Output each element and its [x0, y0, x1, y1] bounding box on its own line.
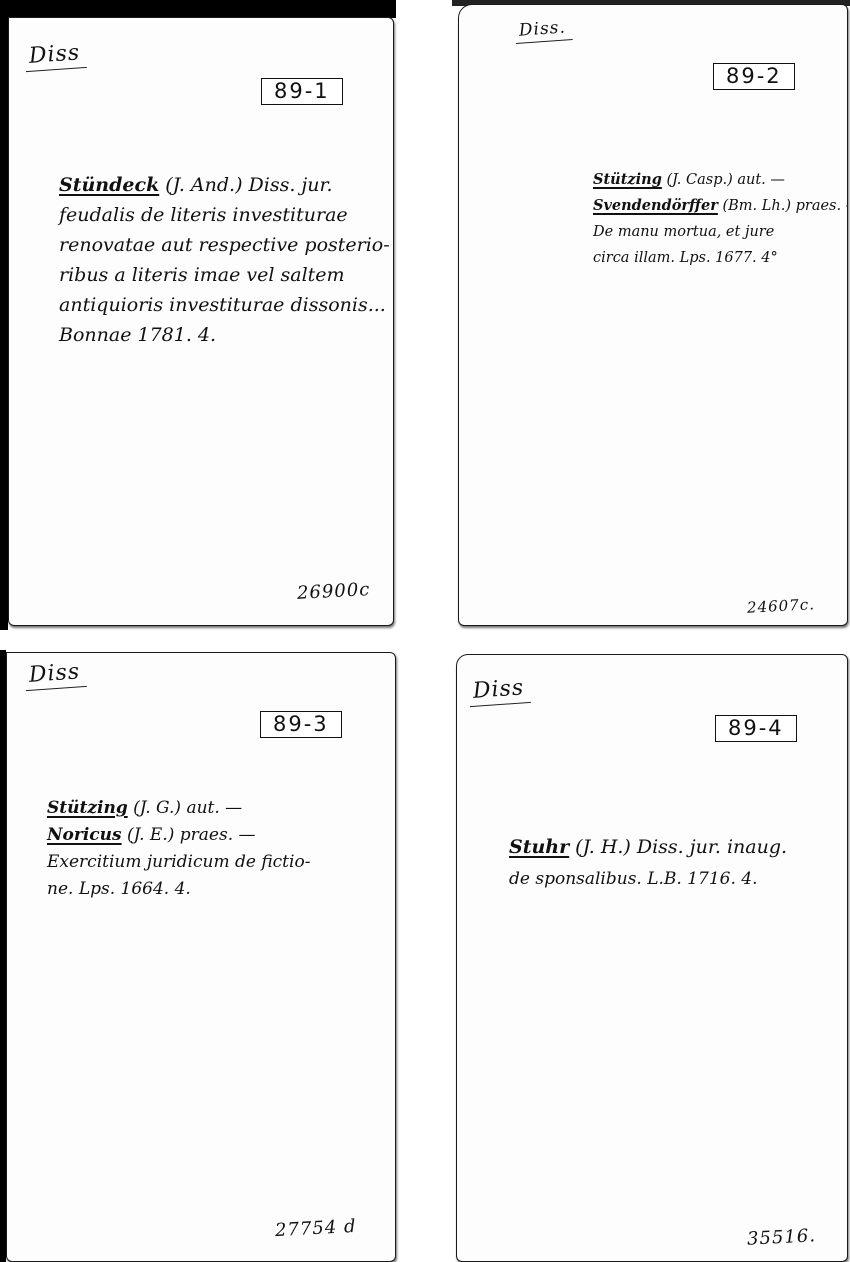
bibliographic-entry: Stützing (J. Casp.) aut. — Svendendörffe… [593, 167, 848, 271]
entry-text: (J. Casp.) aut. — [662, 172, 785, 188]
author-name: Stündeck [59, 174, 159, 196]
author-name: Stuhr [509, 836, 569, 858]
entry-line: ne. Lps. 1664. 4. [47, 876, 310, 903]
scan-background [0, 0, 396, 18]
bibliographic-entry: Stützing (J. G.) aut. — Noricus (J. E.) … [47, 795, 310, 903]
scan-background [0, 0, 8, 630]
entry-text: (J. And.) Diss. jur. [159, 174, 332, 196]
entry-text: (Bm. Lh.) praes. - [718, 198, 848, 214]
entry-line: Stützing (J. G.) aut. — [47, 795, 310, 822]
accession-number: 27754 d [275, 1216, 358, 1241]
entry-line: Svendendörffer (Bm. Lh.) praes. - [593, 193, 848, 219]
entry-line: antiquioris investiturae dissonis... [59, 290, 390, 320]
author-name: Stützing [47, 798, 128, 818]
entry-line: Bonnae 1781. 4. [59, 320, 390, 350]
entry-line: Stützing (J. Casp.) aut. — [593, 167, 848, 193]
card-category-label: Diss. [514, 17, 572, 44]
entry-text: (J. G.) aut. — [128, 798, 242, 818]
call-number-box: 89-3 [260, 711, 342, 738]
call-number-box: 89-4 [715, 715, 797, 742]
entry-line: Stündeck (J. And.) Diss. jur. [59, 170, 390, 200]
entry-line: Stuhr (J. H.) Diss. jur. inaug. [509, 831, 787, 863]
entry-line: feudalis de literis investiturae [59, 200, 390, 230]
call-number-box: 89-2 [713, 63, 795, 90]
card-category-label: Diss [468, 675, 531, 707]
bibliographic-entry: Stündeck (J. And.) Diss. jur. feudalis d… [59, 170, 390, 350]
bibliographic-entry: Stuhr (J. H.) Diss. jur. inaug. de spons… [509, 831, 787, 895]
entry-line: de sponsalibus. L.B. 1716. 4. [509, 863, 787, 895]
author-name: Stützing [593, 171, 662, 188]
entry-line: ribus a literis imae vel saltem [59, 260, 390, 290]
author-name: Svendendörffer [593, 197, 718, 214]
entry-line: circa illam. Lps. 1677. 4° [593, 245, 848, 271]
entry-line: Noricus (J. E.) praes. — [47, 822, 310, 849]
accession-number: 24607c. [747, 595, 816, 617]
entry-text: (J. H.) Diss. jur. inaug. [569, 836, 787, 858]
catalog-card-89-1: Diss 89-1 Stündeck (J. And.) Diss. jur. … [8, 17, 394, 626]
catalog-card-89-2: Diss. 89-2 Stützing (J. Casp.) aut. — Sv… [458, 4, 848, 626]
entry-text: (J. E.) praes. — [122, 825, 256, 845]
call-number-box: 89-1 [261, 78, 343, 105]
card-category-label: Diss [24, 659, 87, 691]
author-name: Noricus [47, 825, 122, 845]
accession-number: 35516. [746, 1225, 816, 1250]
card-category-label: Diss [24, 40, 87, 72]
entry-line: renovatae aut respective posterio- [59, 230, 390, 260]
entry-line: De manu mortua, et jure [593, 219, 848, 245]
accession-number: 26900c [297, 579, 371, 604]
entry-line: Exercitium juridicum de fictio- [47, 849, 310, 876]
catalog-card-89-4: Diss 89-4 Stuhr (J. H.) Diss. jur. inaug… [456, 654, 848, 1262]
catalog-card-89-3: Diss 89-3 Stützing (J. G.) aut. — Noricu… [6, 652, 396, 1262]
